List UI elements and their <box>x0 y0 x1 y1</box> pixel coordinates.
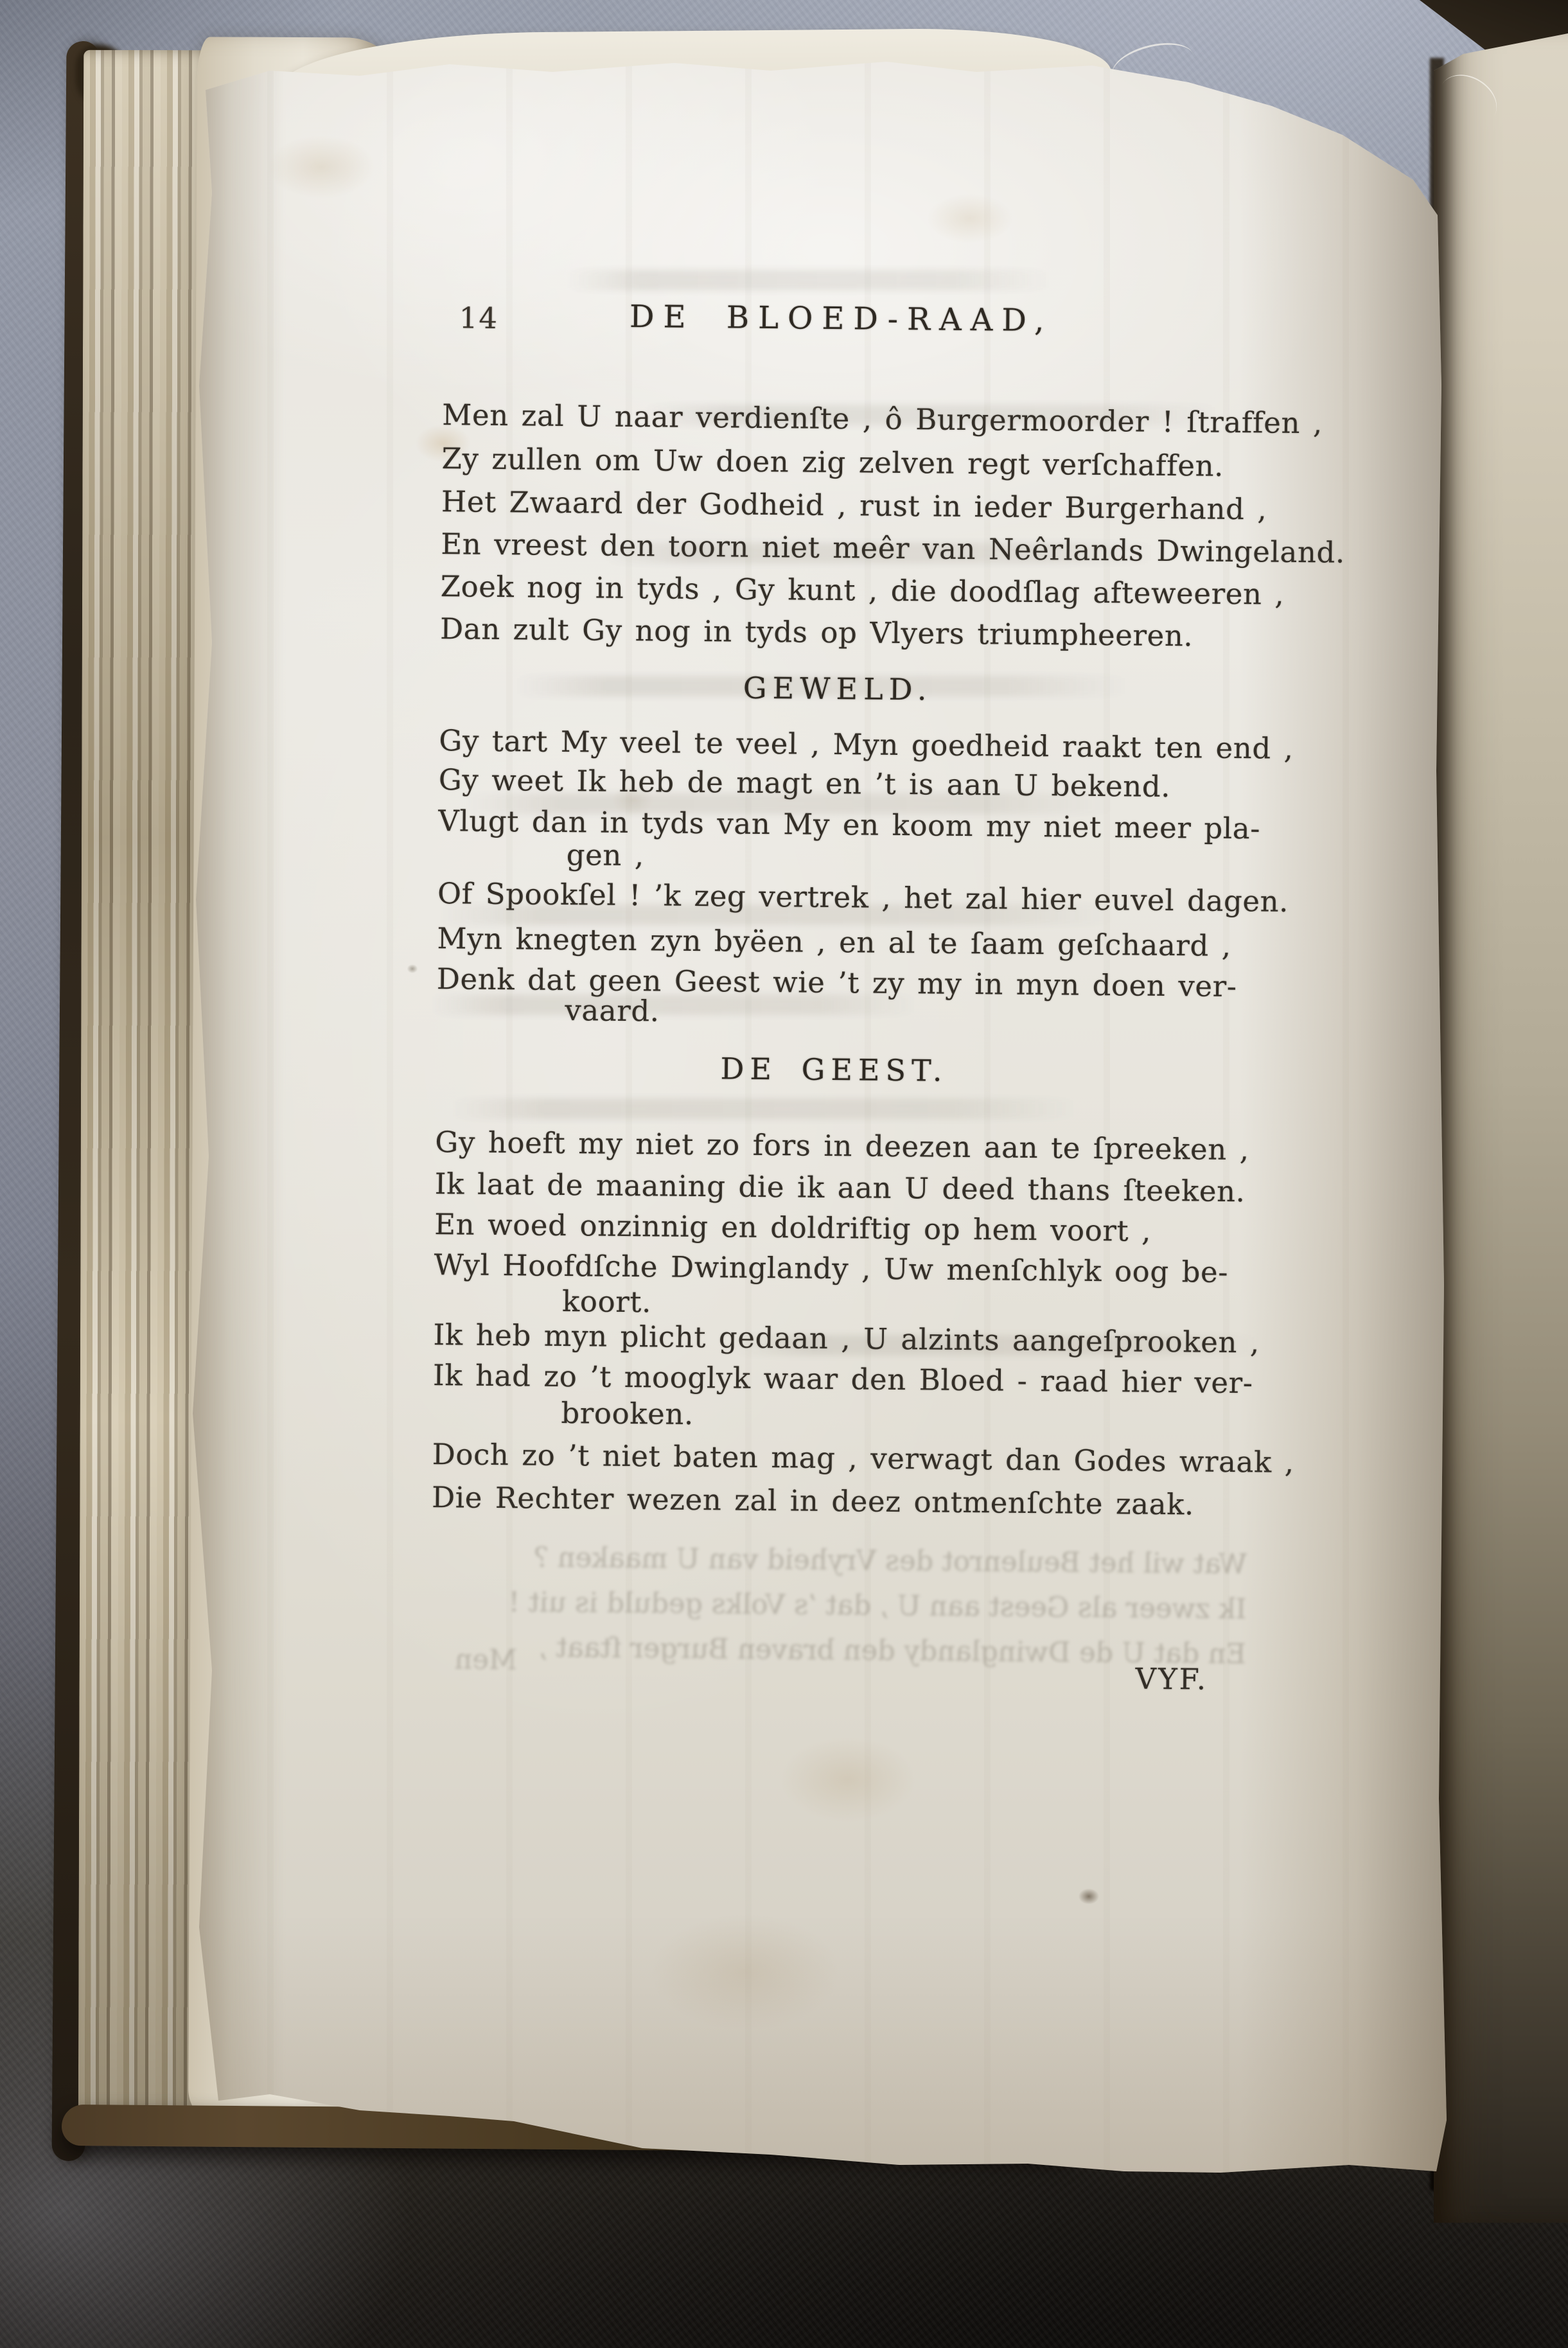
poem-line: Het Zwaard der Godheid , rust in ieder B… <box>441 483 1392 529</box>
poem-line: Die Rechter wezen zal in deez ontmenſcht… <box>432 1479 1382 1525</box>
show-through-line: Ik zweer als Geest aan U , dat ’s Volks … <box>437 1585 1246 1625</box>
poem-line: Of Spookſel ! ’k zeg vertrek , het zal h… <box>437 875 1388 921</box>
poem-line: Doch zo ’t niet baten mag , verwagt dan … <box>432 1436 1382 1482</box>
book-photo: 14 DE BLOED-RAAD, Men zal U naar verdien… <box>0 0 1568 2348</box>
poem-line: Gy hoeft my niet zo fors in deezen aan t… <box>435 1124 1386 1170</box>
printed-content: 14 DE BLOED-RAAD, Men zal U naar verdien… <box>136 55 1454 2194</box>
catchword: VYF. <box>1135 1662 1208 1697</box>
poem-line: Ik laat de maaning die ik aan U deed tha… <box>435 1165 1386 1212</box>
facing-page <box>1434 26 1568 2223</box>
poem-line: En vreest den toorn niet meêr van Neêrla… <box>441 525 1391 572</box>
show-through-line: Wat wil het Beulenrot des Vryheid van U … <box>437 1540 1247 1580</box>
main-page: 14 DE BLOED-RAAD, Men zal U naar verdien… <box>154 58 1452 2184</box>
section-heading-geweld: GEWELD. <box>430 667 1246 710</box>
running-title: DE BLOED-RAAD, <box>434 297 1249 340</box>
poem-line: Dan zult Gy nog in tyds op Vlyers triump… <box>440 610 1391 657</box>
poem-line: En woed onzinnig en doldriftig op hem vo… <box>434 1206 1385 1252</box>
poem-line: Zy zullen om Uw doen zig zelven regt ver… <box>441 440 1392 486</box>
poem-line: Men zal U naar verdienſte , ô Burgermoor… <box>442 396 1393 443</box>
poem-line: Gy tart My veel te veel , Myn goedheid r… <box>439 722 1389 768</box>
poem-line: Zoek nog in tyds , Gy kunt , die doodſla… <box>440 568 1391 614</box>
show-through-line: En dat U de Dwinglandy den braven Burger… <box>437 1630 1246 1670</box>
poem-line: Myn knegten zyn byëen , en al te ſaam ge… <box>437 920 1387 966</box>
section-heading-geest: DE GEEST. <box>426 1048 1242 1091</box>
show-through-catchword: Men <box>454 1643 517 1676</box>
poem-line: Gy weet Ik heb de magt en ’t is aan U be… <box>439 761 1389 808</box>
